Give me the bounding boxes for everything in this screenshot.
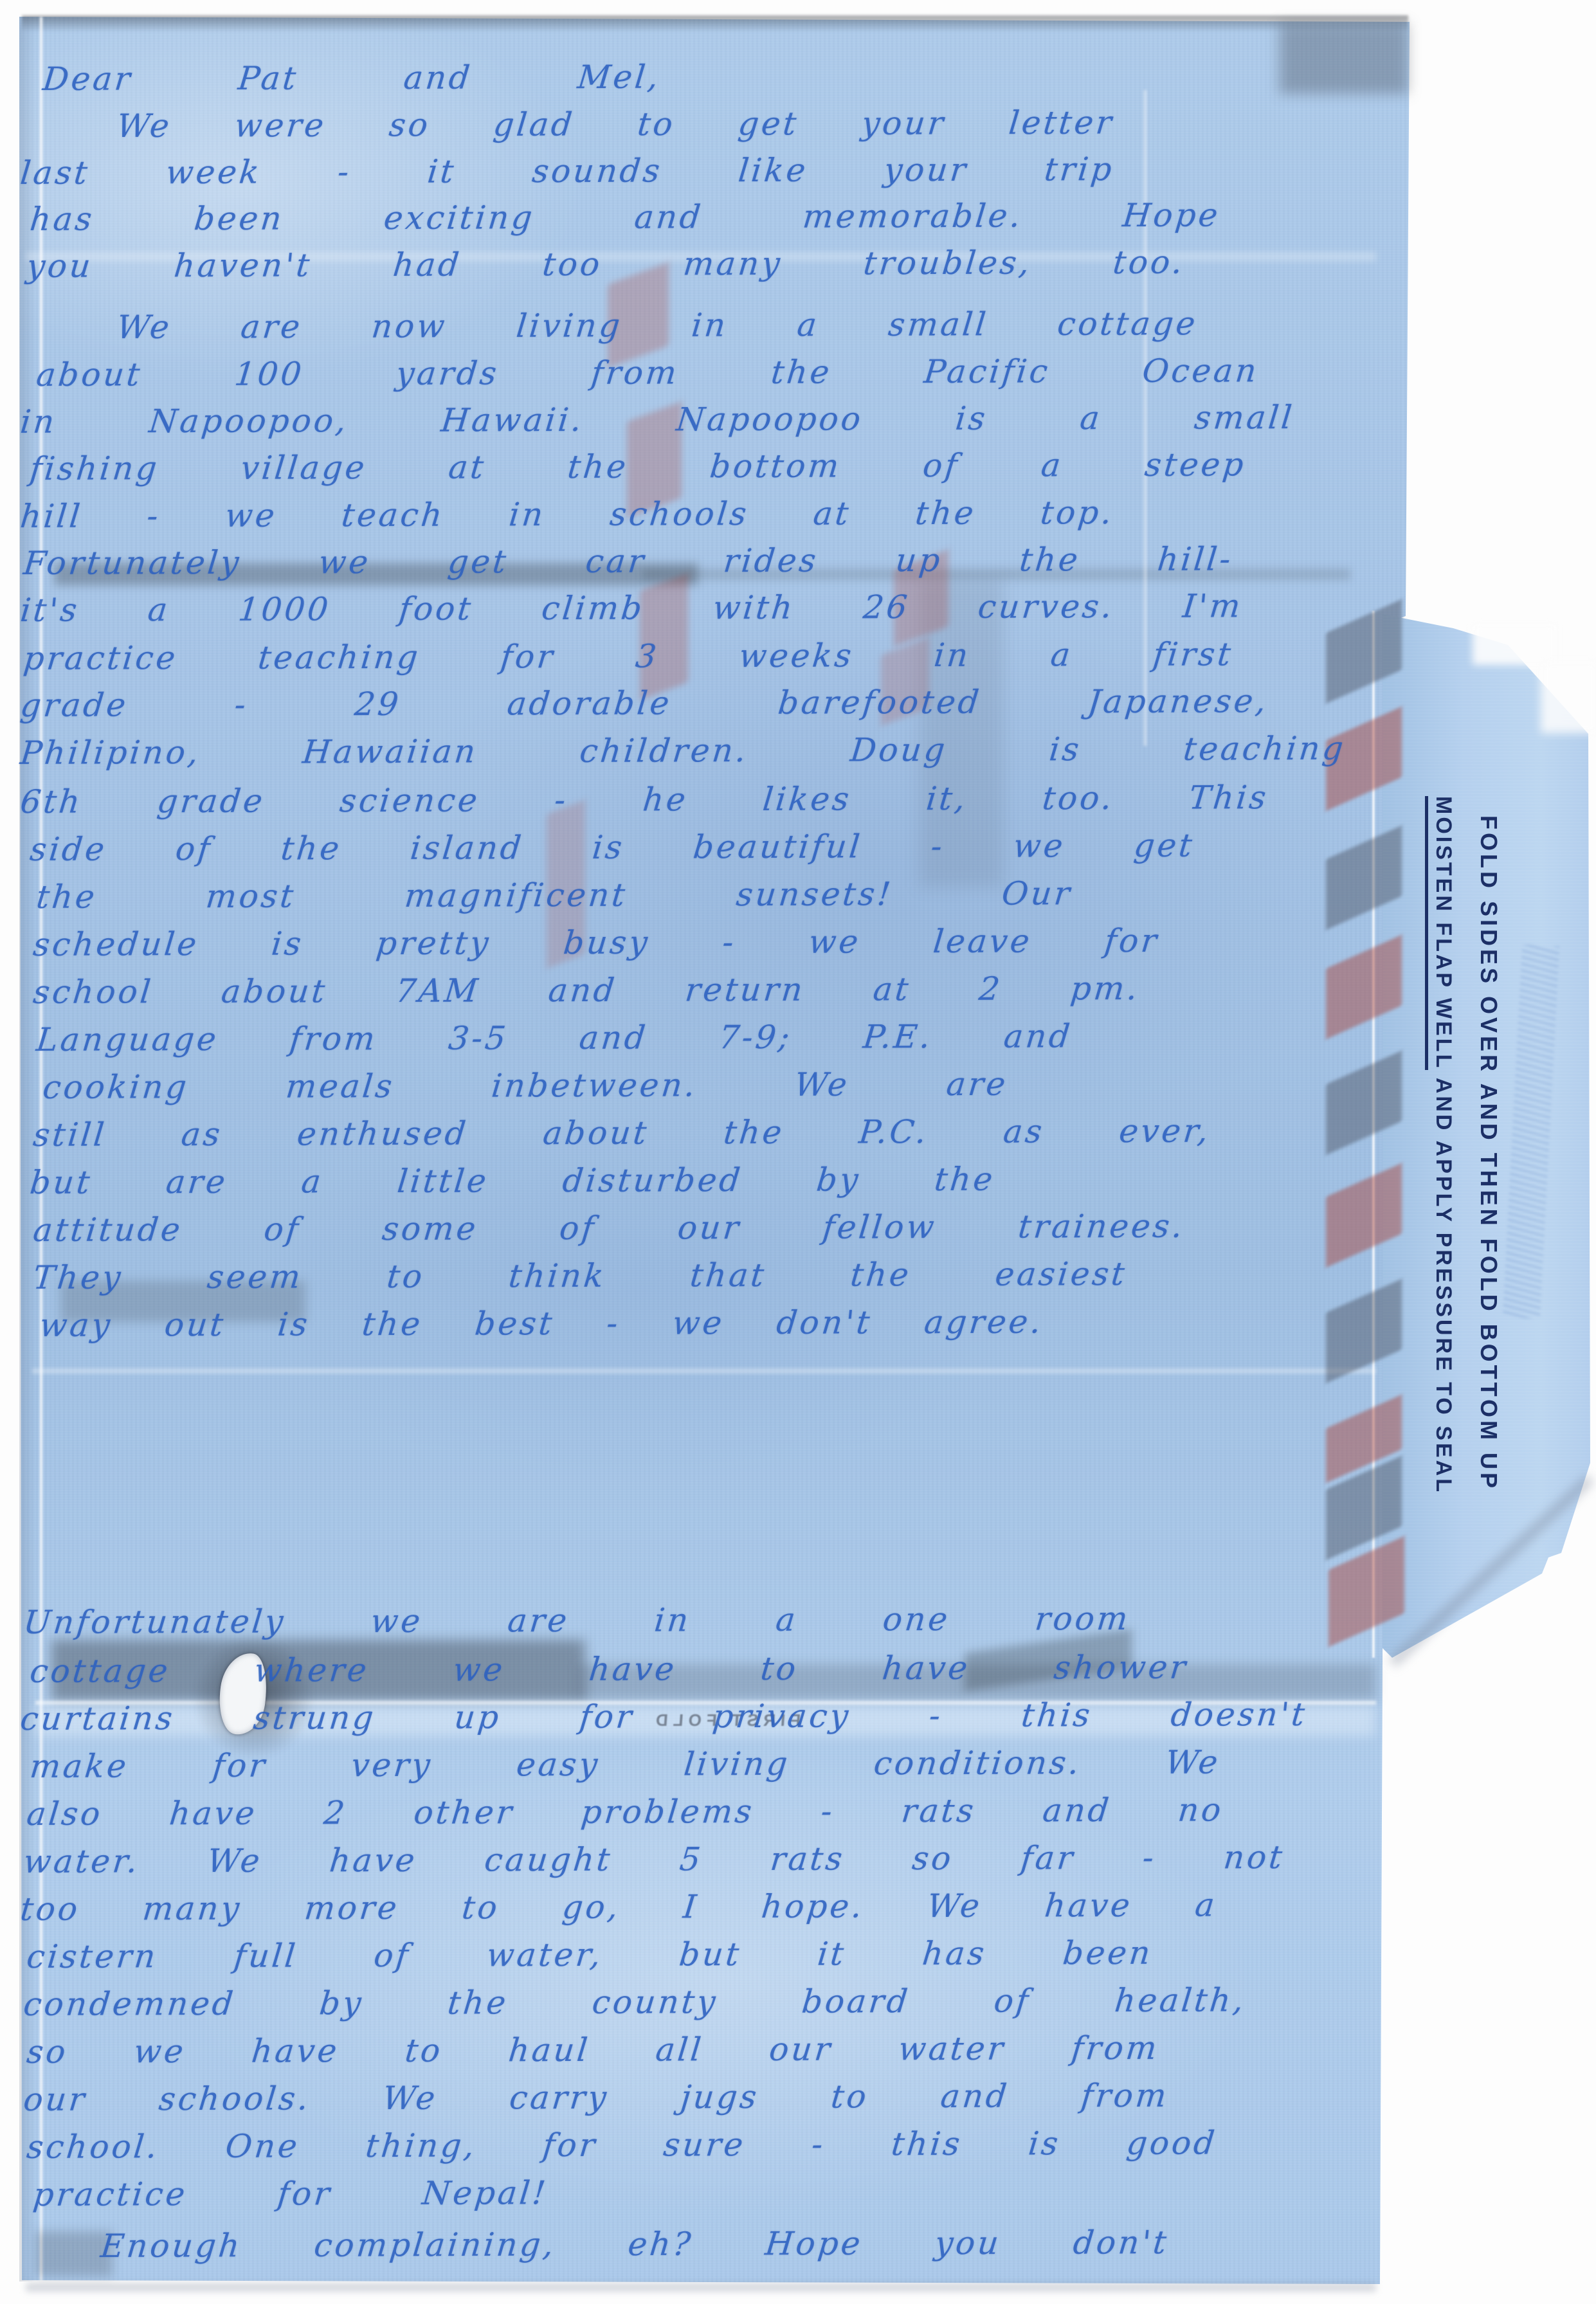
- handwritten-line: way out is the best - we don't agree.: [38, 1302, 1046, 1345]
- handwritten-line: water. We have caught 5 rats so far - no…: [22, 1837, 1287, 1882]
- handwritten-line: has been exciting and memorable. Hope: [28, 195, 1222, 239]
- handwritten-line: it's a 1000 foot climb with 26 curves. I…: [19, 586, 1245, 630]
- handwritten-line: condemned by the county board of health,: [22, 1980, 1248, 2024]
- handwritten-line: school. One thing, for sure - this is go…: [25, 2123, 1219, 2167]
- handwritten-line: Dear Pat and Mel,: [41, 57, 663, 99]
- handwritten-line: Unfortunately we are in a one room: [22, 1599, 1132, 1642]
- handwritten-line: make for very easy living conditions. We: [28, 1743, 1222, 1786]
- handwritten-line: our schools. We carry jugs to and from: [22, 2076, 1171, 2119]
- scanned-aerogramme: FIRST FOLD Dear Pat and Mel, We were so …: [0, 0, 1596, 2304]
- handwritten-line: cistern full of water, but it has been: [25, 1933, 1155, 1977]
- handwritten-line: Enough complaining, eh? Hope you don't: [99, 2222, 1171, 2266]
- handwritten-line: fishing village at the bottom of a steep: [28, 444, 1248, 489]
- handwritten-line: curtains strung up for privacy - this do…: [19, 1694, 1309, 1739]
- handwritten-line: grade - 29 adorable barefooted Japanese,: [19, 681, 1271, 725]
- handwritten-line: cooking meals inbetween. We are: [41, 1064, 1010, 1107]
- handwritten-line: practice teaching for 3 weeks in a first: [22, 634, 1235, 678]
- handwritten-line: so we have to haul all our water from: [25, 2028, 1161, 2072]
- handwritten-line: the most magnificent sunsets! Our: [35, 873, 1075, 917]
- handwritten-line: Philipino, Hawaiian children. Doug is te…: [19, 729, 1348, 773]
- bottom-edge-shadow: [26, 2283, 1376, 2292]
- handwritten-line: you haven't had too many troubles, too.: [25, 242, 1187, 286]
- handwritten-line: also have 2 other problems - rats and no: [25, 1790, 1226, 1834]
- flap-instruction-moisten: MOISTEN FLAP WELL AND APPLY PRESSURE TO …: [1431, 796, 1456, 1494]
- handwritten-line: but are a little disturbed by the: [28, 1159, 997, 1202]
- handwritten-line: 6th grade science - he likes it, too. Th…: [19, 777, 1271, 822]
- handwritten-line: about 100 yards from the Pacific Ocean: [35, 350, 1261, 395]
- handwritten-line: in Napoopoo, Hawaii. Napoopoo is a small: [19, 397, 1296, 442]
- handwritten-line: last week - it sounds like your trip: [19, 149, 1116, 193]
- handwritten-line: hill - we teach in schools at the top.: [19, 493, 1116, 536]
- flap-instruction-fold: FOLD SIDES OVER AND THEN FOLD BOTTOM UP: [1475, 815, 1502, 1491]
- handwritten-line: We were so glad to get your letter: [115, 103, 1116, 146]
- handwritten-line: school about 7AM and return at 2 pm.: [32, 968, 1142, 1012]
- handwritten-line: Language from 3-5 and 7-9; P.E. and: [35, 1016, 1075, 1060]
- flap-instruction-underlined: MOISTEN FLAP WELL: [1425, 796, 1456, 1070]
- handwritten-line: practice for Nepal!: [32, 2173, 550, 2215]
- handwritten-line: schedule is pretty busy - we leave for: [32, 921, 1161, 965]
- handwritten-line: cottage where we have to have shower: [28, 1647, 1190, 1691]
- handwritten-line: side of the island is beautiful - we get: [28, 826, 1197, 869]
- handwritten-line: too many more to go, I hope. We have a: [19, 1885, 1219, 1929]
- handwritten-line: We are now living in a small cottage: [115, 304, 1200, 347]
- handwritten-line: Fortunately we get car rides up the hill…: [22, 539, 1235, 583]
- handwritten-line: They seem to think that the easiest: [32, 1254, 1129, 1298]
- handwritten-line: attitude of some of our fellow trainees.: [32, 1206, 1187, 1250]
- handwritten-line: still as enthused about the P.C. as ever…: [32, 1111, 1213, 1155]
- flap-instruction-rest: AND APPLY PRESSURE TO SEAL: [1431, 1078, 1456, 1494]
